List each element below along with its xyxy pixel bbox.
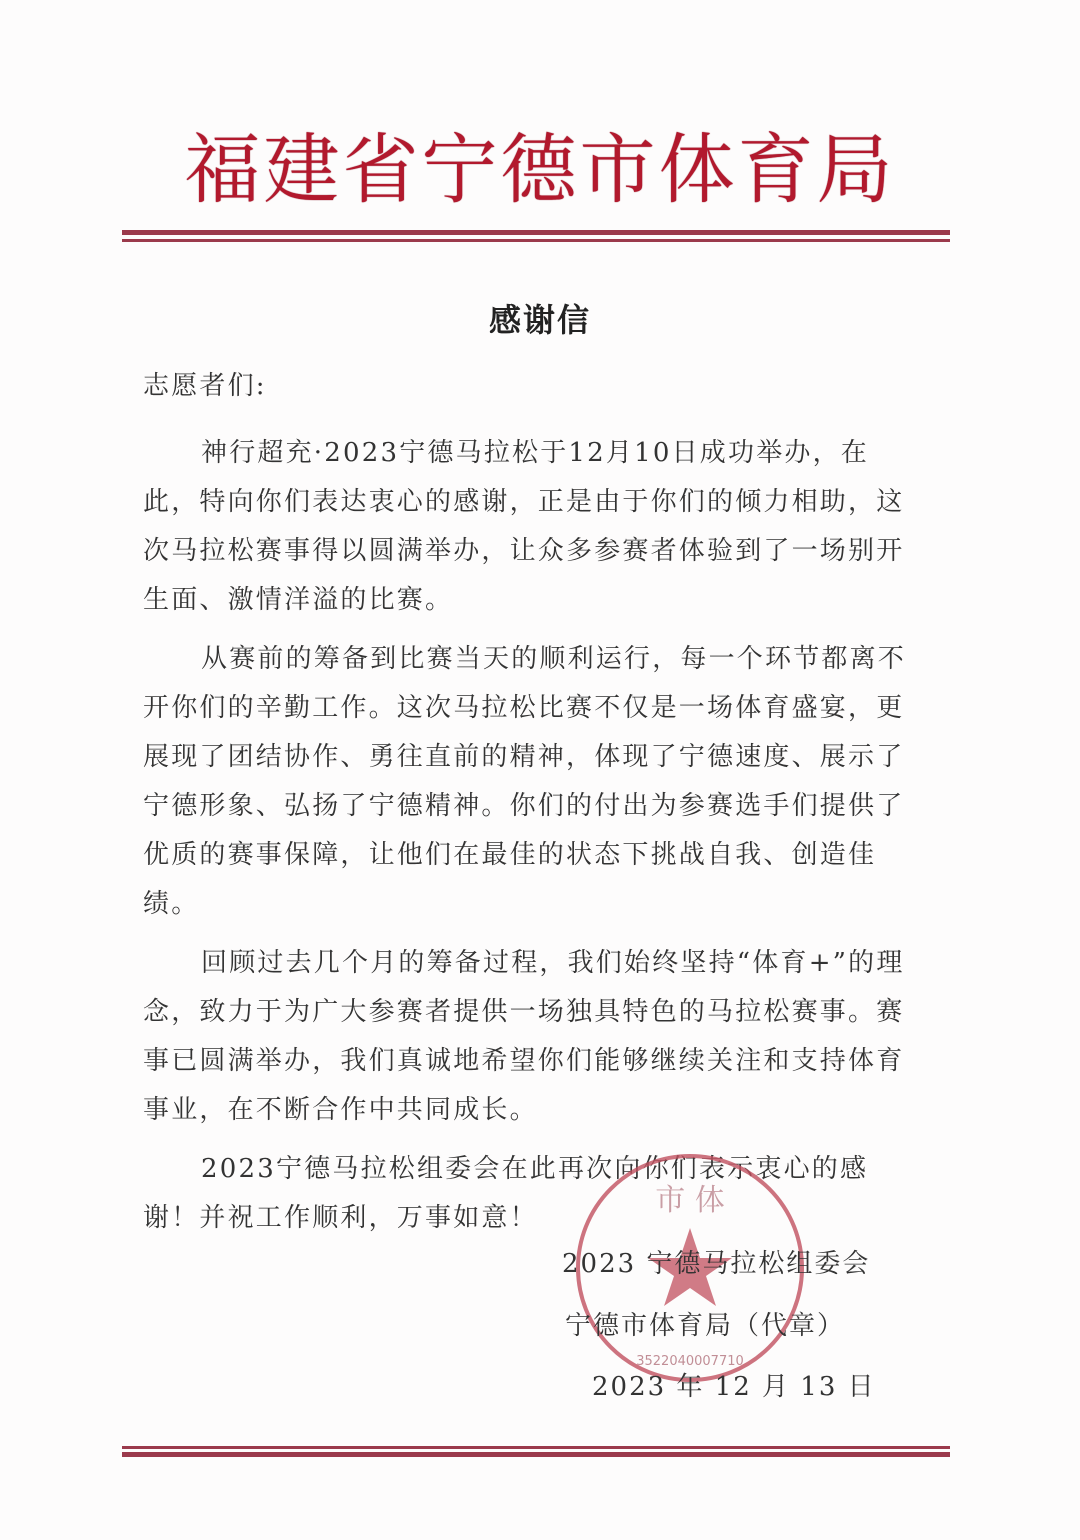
letterhead-title: 福建省宁德市体育局 [0, 120, 1080, 220]
paragraph: 从赛前的筹备到比赛当天的顺利运行，每一个环节都离不开你们的辛勤工作。这次马拉松比… [143, 635, 923, 929]
footer-rule-thin [122, 1446, 950, 1449]
signature-bureau: 宁德市体育局（代章） [565, 1305, 845, 1342]
letter-body: 志愿者们: 神行超充·2023宁德马拉松于12月10日成功举办，在此，特向你们表… [143, 362, 923, 1243]
letterhead-rule-thin [122, 239, 950, 242]
salutation: 志愿者们: [143, 362, 923, 411]
signature-date: 2023 年 12 月 13 日 [592, 1366, 876, 1403]
letterhead-rule-thick [122, 230, 950, 235]
footer-rule-thick [122, 1452, 950, 1457]
signature-organizer: 2023 宁德马拉松组委会 [562, 1243, 870, 1280]
letter-title: 感谢信 [0, 295, 1080, 341]
svg-text:市 体: 市 体 [655, 1183, 725, 1218]
paragraph: 回顾过去几个月的筹备过程，我们始终坚持“体育+”的理念，致力于为广大参赛者提供一… [143, 939, 923, 1135]
paragraph: 神行超充·2023宁德马拉松于12月10日成功举办，在此，特向你们表达衷心的感谢… [143, 429, 923, 625]
